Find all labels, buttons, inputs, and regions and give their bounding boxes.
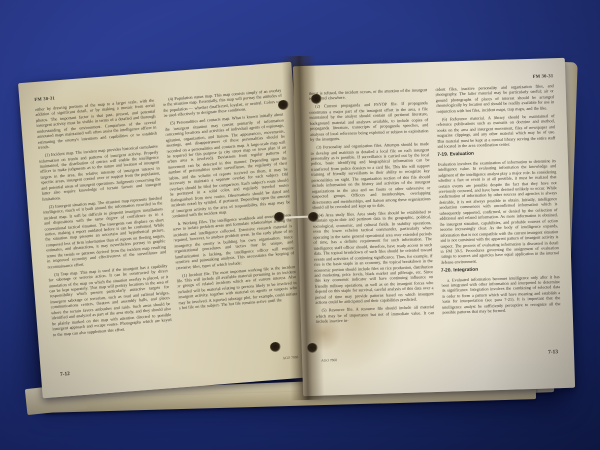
- page-number-left: 7-12: [60, 371, 70, 378]
- punch-hole: [307, 343, 318, 353]
- left-page-column-2: (4) Population status map. This map cons…: [162, 88, 302, 359]
- punch-hole: [270, 342, 281, 352]
- body-paragraph: threat is refused, the incident occurs, …: [309, 87, 428, 102]
- left-page-column-1: either by drawing portions of the map to…: [35, 98, 175, 369]
- ago-footer-right: AGO 7868: [321, 358, 337, 362]
- right-page-column-1: threat is refused, the incident occurs, …: [309, 87, 436, 353]
- punch-hole: [274, 212, 285, 222]
- page-number-right: 7-13: [548, 349, 558, 355]
- body-paragraph: (1) Incident file. The most important wo…: [176, 264, 298, 311]
- body-paragraph: Evaluation involves the examination of i…: [437, 158, 559, 265]
- body-paragraph: (2) Insurgent situation map. The situati…: [43, 195, 167, 270]
- body-paragraph: (1) Incident map. The incident map provi…: [39, 144, 162, 202]
- photo-of-open-field-manual: FM 30-31 either by drawing portions of t…: [0, 0, 600, 450]
- ago-footer-left: AGO 7868: [282, 355, 298, 360]
- body-paragraph: (5) Personalities and contacts map. What…: [164, 112, 291, 219]
- punch-hole: [308, 212, 319, 222]
- body-paragraph: a. Evaluated information becomes intelli…: [441, 274, 561, 316]
- right-page-column-2: cident files, inactive personality and o…: [435, 83, 562, 349]
- body-paragraph: either by drawing portions of the map to…: [35, 98, 158, 151]
- body-paragraph: (2) Current propaganda and PSYOP file. I…: [309, 101, 429, 143]
- punch-hole: [278, 100, 289, 110]
- body-paragraph: (4) Area study files. Area study files s…: [312, 209, 433, 305]
- body-paragraph: (3) Trap map. This map is used if the in…: [48, 263, 172, 338]
- punch-hole: [311, 94, 322, 104]
- manual-right-page: FM 30-31 threat is refused, the incident…: [293, 58, 575, 396]
- body-paragraph: cident files, inactive personality and o…: [435, 83, 554, 114]
- body-paragraph: (6) Reference material. A library should…: [436, 113, 555, 149]
- body-paragraph: (5) Resource file. A resource file shoul…: [315, 304, 434, 324]
- body-paragraph: (3) Personality and organization files. …: [310, 141, 430, 210]
